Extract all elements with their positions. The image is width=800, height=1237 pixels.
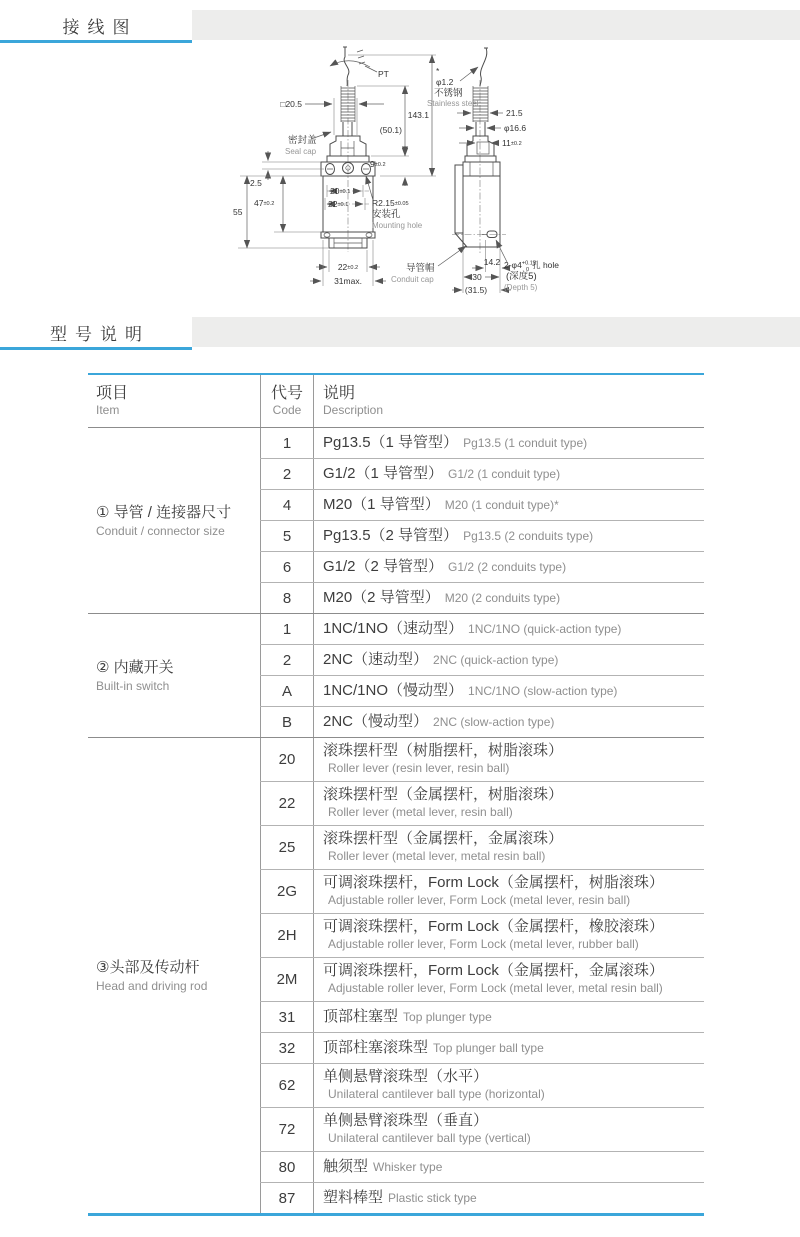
table-row: 1 Pg13.5（1 导管型）Pg13.5 (1 conduit type) (260, 428, 704, 458)
desc-en: Top plunger ball type (433, 1034, 544, 1063)
group-item-zh: ② 内藏开关 (96, 658, 256, 677)
desc-cell: M20（1 导管型）M20 (1 conduit type)* (314, 490, 704, 520)
desc-cell: G1/2（1 导管型）G1/2 (1 conduit type) (314, 459, 704, 489)
code-cell: 6 (260, 552, 314, 582)
desc-zh: Pg13.5（2 导管型） (323, 521, 458, 550)
code-cell: 5 (260, 521, 314, 551)
code-cell: 87 (260, 1183, 314, 1213)
desc-en: 1NC/1NO (quick-action type) (468, 615, 621, 644)
table-row: 31 顶部柱塞型Top plunger type (260, 1001, 704, 1032)
desc-cell: 可调滚珠摆杆，Form Lock（金属摆杆，树脂滚珠）Adjustable ro… (314, 870, 704, 913)
table-row: 6 G1/2（2 导管型）G1/2 (2 conduits type) (260, 551, 704, 582)
desc-cell: Pg13.5（1 导管型）Pg13.5 (1 conduit type) (314, 428, 704, 458)
stainless-label-zh: 不锈钢 (434, 87, 463, 99)
desc-cell: 塑料棒型Plastic stick type (314, 1183, 704, 1213)
desc-cell: 滚珠摆杆型（金属摆杆，树脂滚珠）Roller lever (metal leve… (314, 782, 704, 825)
desc-cell: 1NC/1NO（慢动型）1NC/1NO (slow-action type) (314, 676, 704, 706)
desc-zh: 1NC/1NO（速动型） (323, 614, 463, 643)
datasheet-page: 接线图 (0, 0, 800, 1237)
section-strip-model: 型号说明 (0, 317, 800, 347)
desc-en: Plastic stick type (388, 1184, 477, 1213)
table-row: B 2NC（慢动型）2NC (slow-action type) (260, 706, 704, 737)
table-row: 8 M20（2 导管型）M20 (2 conduits type) (260, 582, 704, 613)
code-cell: 20 (260, 738, 314, 781)
code-cell: 2 (260, 459, 314, 489)
desc-zh: 滚珠摆杆型（树脂摆杆，树脂滚珠） (323, 740, 704, 761)
dim-mounting-radius: R2.15±0.05 (372, 198, 409, 208)
desc-zh: G1/2（2 导管型） (323, 552, 443, 581)
desc-cell: 滚珠摆杆型（树脂摆杆，树脂滚珠）Roller lever (resin leve… (314, 738, 704, 781)
desc-en: Unilateral cantilever ball type (horizon… (328, 1087, 704, 1102)
desc-zh: 塑料棒型 (323, 1183, 383, 1212)
dim-2-5: 2.5 (250, 178, 262, 188)
group-item-switch: ② 内藏开关 Built-in switch (88, 614, 260, 737)
dim-9: 9±0.2 (370, 159, 386, 169)
header-desc-en: Description (323, 403, 704, 418)
header-desc: 说明 Description (314, 375, 704, 427)
desc-zh: 2NC（速动型） (323, 645, 428, 674)
desc-en: 2NC (slow-action type) (433, 708, 554, 737)
desc-cell: 可调滚珠摆杆，Form Lock（金属摆杆，金属滚珠）Adjustable ro… (314, 958, 704, 1001)
desc-zh: 可调滚珠摆杆，Form Lock（金属摆杆，橡胶滚珠） (323, 916, 704, 937)
desc-zh: 顶部柱塞型 (323, 1002, 398, 1031)
code-cell: 72 (260, 1108, 314, 1151)
dim-21-5: 21.5 (506, 108, 523, 118)
desc-cell: 顶部柱塞滚珠型Top plunger ball type (314, 1033, 704, 1063)
code-cell: B (260, 707, 314, 737)
desc-zh: 单侧悬臂滚珠型（垂直） (323, 1110, 704, 1131)
table-row: 20 滚珠摆杆型（树脂摆杆，树脂滚珠）Roller lever (resin l… (260, 738, 704, 781)
section-label-model: 型号说明 (0, 317, 192, 350)
desc-cell: 顶部柱塞型Top plunger type (314, 1002, 704, 1032)
desc-zh: 顶部柱塞滚珠型 (323, 1033, 428, 1062)
desc-cell: 2NC（慢动型）2NC (slow-action type) (314, 707, 704, 737)
code-cell: 22 (260, 782, 314, 825)
table-row: 22 滚珠摆杆型（金属摆杆，树脂滚珠）Roller lever (metal l… (260, 781, 704, 825)
desc-zh: 可调滚珠摆杆，Form Lock（金属摆杆，树脂滚珠） (323, 872, 704, 893)
table-row: 72 单侧悬臂滚珠型（垂直）Unilateral cantilever ball… (260, 1107, 704, 1151)
front-view-figure (321, 47, 375, 252)
desc-zh: M20（1 导管型） (323, 490, 440, 519)
dim-22: 22±0.1 (328, 199, 348, 209)
desc-en: Pg13.5 (1 conduit type) (463, 429, 587, 458)
table-row: 62 单侧悬臂滚珠型（水平）Unilateral cantilever ball… (260, 1063, 704, 1107)
desc-zh: 滚珠摆杆型（金属摆杆，金属滚珠） (323, 828, 704, 849)
desc-zh: 1NC/1NO（慢动型） (323, 676, 463, 705)
hole-depth-label-en: (Depth 5) (504, 283, 538, 292)
dim-31max: 31max. (334, 276, 362, 286)
desc-cell: 单侧悬臂滚珠型（垂直）Unilateral cantilever ball ty… (314, 1108, 704, 1151)
code-cell: 31 (260, 1002, 314, 1032)
desc-en: Top plunger type (403, 1003, 492, 1032)
dim-30: 30 (472, 272, 482, 282)
table-group-switch: ② 内藏开关 Built-in switch 1 1NC/1NO（速动型）1NC… (88, 613, 704, 737)
conduit-cap-label-zh: 导管帽 (406, 262, 435, 274)
table-group-head: ③头部及传动杆 Head and driving rod 20 滚珠摆杆型（树脂… (88, 737, 704, 1213)
table-row: 2 2NC（速动型）2NC (quick-action type) (260, 644, 704, 675)
header-item-zh: 项目 (96, 384, 256, 403)
desc-zh: 可调滚珠摆杆，Form Lock（金属摆杆，金属滚珠） (323, 960, 704, 981)
mounting-hole-label-zh: 安装孔 (372, 208, 401, 220)
desc-cell: 2NC（速动型）2NC (quick-action type) (314, 645, 704, 675)
code-cell: 32 (260, 1033, 314, 1063)
table-row: 4 M20（1 导管型）M20 (1 conduit type)* (260, 489, 704, 520)
header-code-zh: 代号 (271, 384, 303, 403)
desc-cell: 滚珠摆杆型（金属摆杆，金属滚珠）Roller lever (metal leve… (314, 826, 704, 869)
desc-en: M20 (1 conduit type)* (445, 491, 559, 520)
desc-en: 2NC (quick-action type) (433, 646, 558, 675)
desc-cell: M20（2 导管型）M20 (2 conduits type) (314, 583, 704, 613)
header-item: 项目 Item (88, 375, 260, 427)
desc-cell: G1/2（2 导管型）G1/2 (2 conduits type) (314, 552, 704, 582)
code-cell: 8 (260, 583, 314, 613)
dim-wire-diameter: φ1.2 (436, 77, 454, 87)
table-row: 2M 可调滚珠摆杆，Form Lock（金属摆杆，金属滚珠）Adjustable… (260, 957, 704, 1001)
dim-star: * (436, 66, 440, 76)
section-label-wiring: 接线图 (0, 10, 192, 43)
header-code: 代号 Code (260, 375, 314, 427)
code-cell: 1 (260, 614, 314, 644)
section-strip-wiring: 接线图 (0, 10, 800, 40)
dim-47: 47±0.2 (254, 198, 274, 208)
desc-cell: 1NC/1NO（速动型）1NC/1NO (quick-action type) (314, 614, 704, 644)
desc-zh: 单侧悬臂滚珠型（水平） (323, 1066, 704, 1087)
dim-16-6: φ16.6 (504, 123, 526, 133)
desc-en: Roller lever (metal lever, metal resin b… (328, 849, 704, 864)
table-row: 5 Pg13.5（2 导管型）Pg13.5 (2 conduits type) (260, 520, 704, 551)
table-row: 32 顶部柱塞滚珠型Top plunger ball type (260, 1032, 704, 1063)
table-row: 2G 可调滚珠摆杆，Form Lock（金属摆杆，树脂滚珠）Adjustable… (260, 869, 704, 913)
wiring-diagram: PT □20.5 143.1 (50.1) 9±0.2 密封盖 Seal cap (225, 42, 685, 310)
desc-en: G1/2 (2 conduits type) (448, 553, 566, 582)
table-row: A 1NC/1NO（慢动型）1NC/1NO (slow-action type) (260, 675, 704, 706)
mounting-hole-label-en: Mounting hole (372, 221, 423, 230)
desc-zh: G1/2（1 导管型） (323, 459, 443, 488)
desc-cell: 单侧悬臂滚珠型（水平）Unilateral cantilever ball ty… (314, 1064, 704, 1107)
seal-cap-label-en: Seal cap (285, 147, 317, 156)
desc-zh: 触须型 (323, 1152, 368, 1181)
table-header-row: 项目 Item 代号 Code 说明 Description (88, 375, 704, 427)
header-code-en: Code (273, 403, 302, 418)
desc-en: Adjustable roller lever, Form Lock (meta… (328, 981, 704, 996)
header-item-en: Item (96, 403, 256, 418)
code-cell: 2H (260, 914, 314, 957)
desc-en: Adjustable roller lever, Form Lock (meta… (328, 893, 704, 908)
table-row: 2 G1/2（1 导管型）G1/2 (1 conduit type) (260, 458, 704, 489)
dim-31-5: (31.5) (465, 285, 487, 295)
dim-total-height: 143.1 (408, 110, 430, 120)
code-cell: 80 (260, 1152, 314, 1182)
code-cell: 2G (260, 870, 314, 913)
desc-zh: 滚珠摆杆型（金属摆杆，树脂滚珠） (323, 784, 704, 805)
side-view-figure (452, 48, 506, 254)
code-cell: 1 (260, 428, 314, 458)
stainless-label-en: Stainless steel (427, 99, 479, 108)
desc-zh: M20（2 导管型） (323, 583, 440, 612)
code-cell: 62 (260, 1064, 314, 1107)
desc-cell: Pg13.5（2 导管型）Pg13.5 (2 conduits type) (314, 521, 704, 551)
table-row: 2H 可调滚珠摆杆，Form Lock（金属摆杆，橡胶滚珠）Adjustable… (260, 913, 704, 957)
hole-depth-label-zh: (深度5) (506, 270, 537, 282)
desc-en: M20 (2 conduits type) (445, 584, 560, 613)
desc-en: Roller lever (metal lever, resin ball) (328, 805, 704, 820)
group-item-zh: ③头部及传动杆 (96, 958, 256, 977)
table-row: 80 触须型Whisker type (260, 1151, 704, 1182)
table-row: 1 1NC/1NO（速动型）1NC/1NO (quick-action type… (260, 614, 704, 644)
side-view-dimensions: * φ1.2 不锈钢 Stainless steel 21.5 φ16.6 11… (391, 66, 559, 295)
seal-cap-label-zh: 密封盖 (288, 134, 317, 146)
group-item-en: Conduit / connector size (96, 524, 256, 538)
dim-square-20-5: □20.5 (280, 99, 302, 109)
desc-en: G1/2 (1 conduit type) (448, 460, 560, 489)
desc-en: 1NC/1NO (slow-action type) (468, 677, 617, 706)
table-group-conduit: ① 导管 / 连接器尺寸 Conduit / connector size 1 … (88, 427, 704, 613)
table-row: 25 滚珠摆杆型（金属摆杆，金属滚珠）Roller lever (metal l… (260, 825, 704, 869)
desc-en: Roller lever (resin lever, resin ball) (328, 761, 704, 776)
model-title: 型号说明 (42, 320, 150, 345)
code-cell: 2 (260, 645, 314, 675)
code-cell: A (260, 676, 314, 706)
desc-en: Pg13.5 (2 conduits type) (463, 522, 593, 551)
group-item-en: Built-in switch (96, 679, 256, 693)
dim-55: 55 (233, 207, 243, 217)
desc-en: Unilateral cantilever ball type (vertica… (328, 1131, 704, 1146)
conduit-cap-label-en: Conduit cap (391, 275, 434, 284)
group-item-en: Head and driving rod (96, 979, 256, 993)
group-item-head: ③头部及传动杆 Head and driving rod (88, 738, 260, 1213)
table-row: 87 塑料棒型Plastic stick type (260, 1182, 704, 1213)
desc-en: Adjustable roller lever, Form Lock (meta… (328, 937, 704, 952)
desc-cell: 可调滚珠摆杆，Form Lock（金属摆杆，橡胶滚珠）Adjustable ro… (314, 914, 704, 957)
dim-22-bottom: 22±0.2 (338, 262, 358, 272)
dim-pt: PT (378, 69, 389, 79)
desc-en: Whisker type (373, 1153, 442, 1182)
group-item-conduit: ① 导管 / 连接器尺寸 Conduit / connector size (88, 428, 260, 613)
desc-zh: 2NC（慢动型） (323, 707, 428, 736)
code-cell: 2M (260, 958, 314, 1001)
dim-11: 11±0.2 (502, 138, 522, 148)
group-item-zh: ① 导管 / 连接器尺寸 (96, 503, 256, 522)
header-desc-zh: 说明 (323, 384, 704, 403)
desc-cell: 触须型Whisker type (314, 1152, 704, 1182)
dim-spring-height: (50.1) (380, 125, 402, 135)
dim-14-2: 14.2 (484, 257, 501, 267)
dim-20: 20±0.1 (330, 186, 350, 196)
model-code-table: 项目 Item 代号 Code 说明 Description ① 导管 / 连接… (88, 373, 704, 1216)
code-cell: 4 (260, 490, 314, 520)
wiring-title: 接线图 (55, 13, 138, 38)
desc-zh: Pg13.5（1 导管型） (323, 428, 458, 457)
code-cell: 25 (260, 826, 314, 869)
